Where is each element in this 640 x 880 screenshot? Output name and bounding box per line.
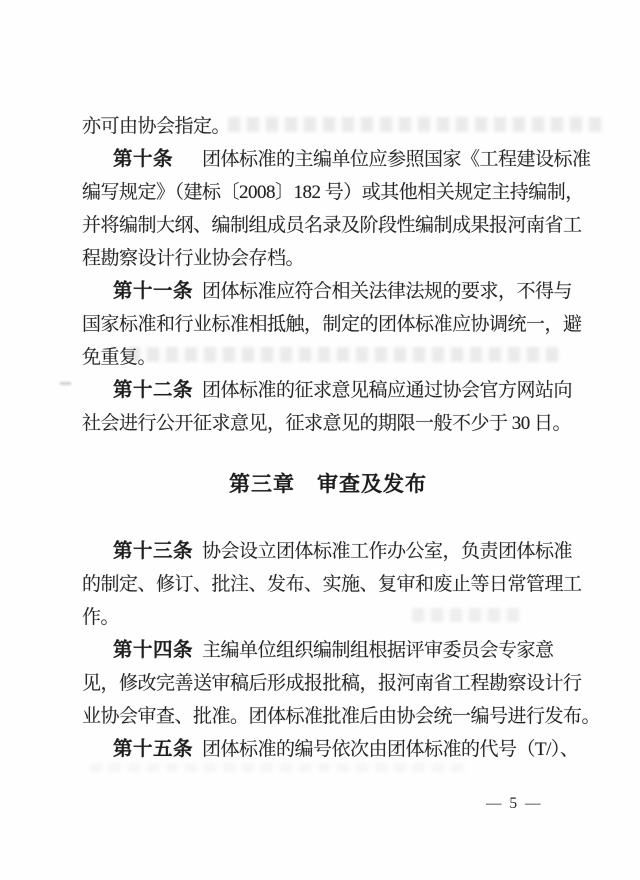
doc-line: 国家标准和行业标准相抵触，制定的团体标准应协调统一，避 bbox=[82, 308, 582, 341]
line-text: 协会设立团体标准工作办公室，负责团体标准 bbox=[202, 541, 572, 562]
article-number: 第十四条 bbox=[113, 634, 202, 667]
text-block-lower: 第十三条协会设立团体标准工作办公室，负责团体标准 的制定、修订、批注、发布、实施… bbox=[82, 535, 582, 766]
doc-line: 的制定、修订、批注、发布、实施、复审和废止等日常管理工 bbox=[82, 568, 582, 601]
doc-line: 第十三条协会设立团体标准工作办公室，负责团体标准 bbox=[82, 535, 582, 568]
text-block-upper: 亦可由协会指定。 第十条团体标准的主编单位应参照国家《工程建设标准 编写规定》（… bbox=[82, 110, 582, 440]
doc-line: 业协会审查、批准。团体标准批准后由协会统一编号进行发布。 bbox=[82, 700, 582, 733]
line-text: 团体标准应符合相关法律法规的要求，不得与 bbox=[202, 281, 572, 302]
doc-line: 第十五条团体标准的编号依次由团体标准的代号（T/）、 bbox=[82, 733, 582, 766]
margin-smudge bbox=[60, 382, 71, 385]
line-text: 主编单位组织编制组根据评审委员会专家意 bbox=[202, 640, 554, 661]
line-text: 团体标准的编号依次由团体标准的代号（T/）、 bbox=[202, 739, 578, 760]
document-page: 亦可由协会指定。 第十条团体标准的主编单位应参照国家《工程建设标准 编写规定》（… bbox=[0, 0, 640, 880]
ink-bleed-artifact bbox=[90, 763, 470, 772]
article-number: 第十一条 bbox=[113, 275, 202, 308]
doc-line: 第十条团体标准的主编单位应参照国家《工程建设标准 bbox=[82, 143, 582, 176]
doc-line: 社会进行公开征求意见，征求意见的期限一般不少于 30 日。 bbox=[82, 407, 582, 440]
doc-line: 第十一条团体标准应符合相关法律法规的要求，不得与 bbox=[82, 275, 582, 308]
article-number: 第十五条 bbox=[113, 733, 202, 766]
ink-bleed-artifact bbox=[228, 117, 606, 132]
line-text: 团体标准的征求意见稿应通过协会官方网站向 bbox=[202, 380, 572, 401]
ink-bleed-artifact bbox=[412, 608, 520, 622]
article-number: 第十二条 bbox=[113, 374, 202, 407]
ink-bleed-artifact bbox=[128, 347, 560, 362]
article-number: 第十条 bbox=[113, 143, 202, 176]
chapter-heading: 第三章 审查及发布 bbox=[82, 468, 574, 501]
page-number: — 5 — bbox=[486, 795, 543, 813]
doc-line: 见，修改完善送审稿后形成报批稿，报河南省工程勘察设计行 bbox=[82, 667, 582, 700]
doc-line: 并将编制大纲、编制组成员名录及阶段性编制成果报河南省工 bbox=[82, 209, 582, 242]
doc-line: 第十二条团体标准的征求意见稿应通过协会官方网站向 bbox=[82, 374, 582, 407]
doc-line: 编写规定》（建标〔2008〕182 号）或其他相关规定主持编制， bbox=[82, 176, 582, 209]
doc-line: 第十四条主编单位组织编制组根据评审委员会专家意 bbox=[82, 634, 582, 667]
article-number: 第十三条 bbox=[113, 535, 202, 568]
doc-line: 程勘察设计行业协会存档。 bbox=[82, 242, 582, 275]
line-text: 团体标准的主编单位应参照国家《工程建设标准 bbox=[202, 149, 591, 170]
